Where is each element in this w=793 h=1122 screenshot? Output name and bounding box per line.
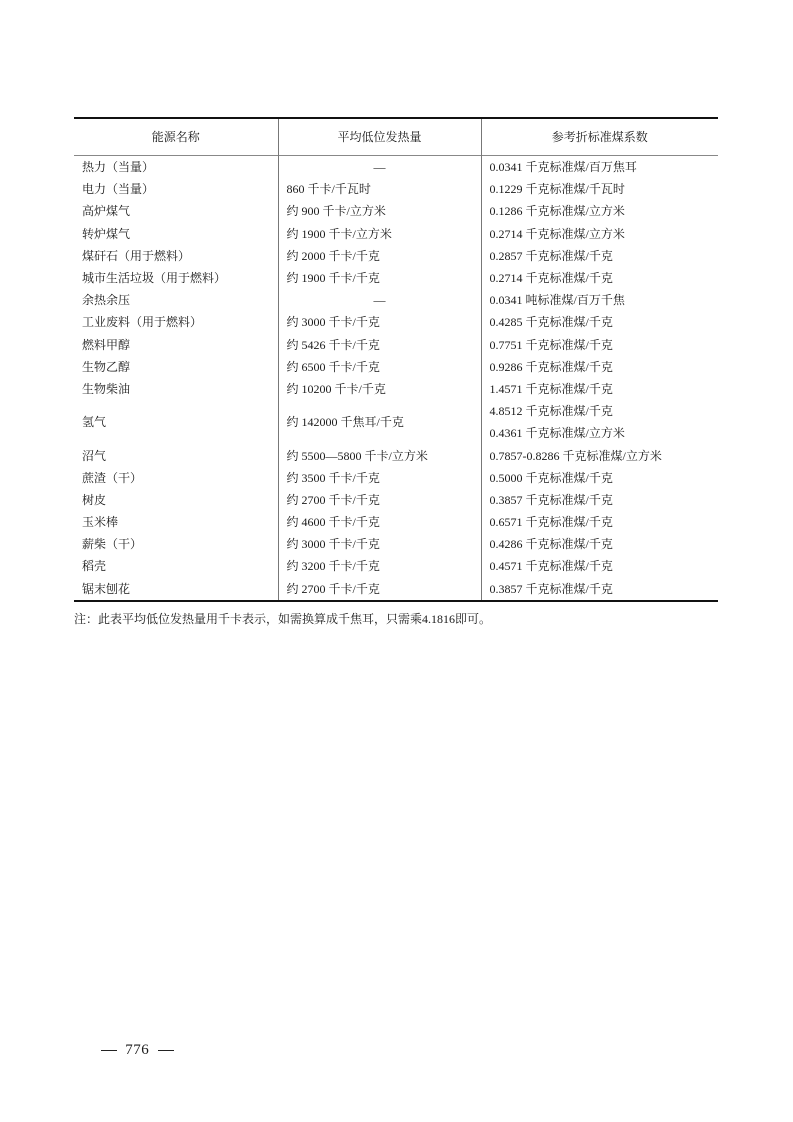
table-row: 沼气约 5500—5800 千卡/立方米0.7857-0.8286 千克标准煤/… (74, 444, 718, 466)
energy-name-cell: 燃料甲醇 (74, 334, 278, 356)
energy-name-cell: 树皮 (74, 489, 278, 511)
energy-name-cell: 玉米棒 (74, 511, 278, 533)
coefficient-cell: 0.2714 千克标准煤/千克 (481, 267, 718, 289)
coefficient-cell: 1.4571 千克标准煤/千克 (481, 378, 718, 400)
coefficient-cell: 0.5000 千克标准煤/千克 (481, 467, 718, 489)
energy-conversion-table: 能源名称 平均低位发热量 参考折标准煤系数 热力（当量）—0.0341 千克标准… (74, 117, 718, 602)
table-row: 生物乙醇约 6500 千卡/千克0.9286 千克标准煤/千克 (74, 356, 718, 378)
heat-value-cell: 约 2700 千卡/千克 (278, 578, 481, 601)
coefficient-cell: 0.2857 千克标准煤/千克 (481, 245, 718, 267)
heat-value-cell: 约 142000 千焦耳/千克 (278, 400, 481, 444)
coefficient-line: 4.8512 千克标准煤/千克 (490, 400, 719, 422)
document-page: 能源名称 平均低位发热量 参考折标准煤系数 热力（当量）—0.0341 千克标准… (0, 0, 793, 1122)
energy-name-cell: 电力（当量） (74, 178, 278, 200)
coefficient-cell: 0.7857-0.8286 千克标准煤/立方米 (481, 444, 718, 466)
energy-name-cell: 沼气 (74, 444, 278, 466)
coefficient-cell: 0.2714 千克标准煤/立方米 (481, 223, 718, 245)
energy-name-cell: 锯末刨花 (74, 578, 278, 601)
table-row: 生物柴油约 10200 千卡/千克1.4571 千克标准煤/千克 (74, 378, 718, 400)
table-row: 城市生活垃圾（用于燃料）约 1900 千卡/千克0.2714 千克标准煤/千克 (74, 267, 718, 289)
header-standard-coal-coefficient: 参考折标准煤系数 (481, 118, 718, 156)
heat-value-cell: 约 5500—5800 千卡/立方米 (278, 444, 481, 466)
table-row: 薪柴（干）约 3000 千卡/千克0.4286 千克标准煤/千克 (74, 533, 718, 555)
energy-name-cell: 热力（当量） (74, 156, 278, 179)
heat-value-cell: 约 2000 千卡/千克 (278, 245, 481, 267)
table-row: 高炉煤气约 900 千卡/立方米0.1286 千克标准煤/立方米 (74, 200, 718, 222)
coefficient-cell: 0.7751 千克标准煤/千克 (481, 334, 718, 356)
page-number-dash-right (158, 1050, 174, 1051)
heat-value-cell: 860 千卡/千瓦时 (278, 178, 481, 200)
table-row: 氢气约 142000 千焦耳/千克4.8512 千克标准煤/千克0.4361 千… (74, 400, 718, 444)
heat-value-cell: 约 2700 千卡/千克 (278, 489, 481, 511)
table-row: 蔗渣（干）约 3500 千卡/千克0.5000 千克标准煤/千克 (74, 467, 718, 489)
energy-name-cell: 余热余压 (74, 289, 278, 311)
header-energy-name: 能源名称 (74, 118, 278, 156)
energy-name-cell: 工业废料（用于燃料） (74, 311, 278, 333)
coefficient-cell: 4.8512 千克标准煤/千克0.4361 千克标准煤/立方米 (481, 400, 718, 444)
energy-name-cell: 煤矸石（用于燃料） (74, 245, 278, 267)
coefficient-cell: 0.1229 千克标准煤/千瓦时 (481, 178, 718, 200)
table-row: 锯末刨花约 2700 千卡/千克0.3857 千克标准煤/千克 (74, 578, 718, 601)
energy-name-cell: 城市生活垃圾（用于燃料） (74, 267, 278, 289)
heat-value-cell: — (278, 156, 481, 179)
energy-name-cell: 氢气 (74, 400, 278, 444)
table-header: 能源名称 平均低位发热量 参考折标准煤系数 (74, 118, 718, 156)
header-average-low-heat-value: 平均低位发热量 (278, 118, 481, 156)
table-row: 玉米棒约 4600 千卡/千克0.6571 千克标准煤/千克 (74, 511, 718, 533)
header-row: 能源名称 平均低位发热量 参考折标准煤系数 (74, 118, 718, 156)
coefficient-cell: 0.4571 千克标准煤/千克 (481, 555, 718, 577)
table-body: 热力（当量）—0.0341 千克标准煤/百万焦耳电力（当量）860 千卡/千瓦时… (74, 156, 718, 601)
heat-value-cell: 约 3500 千卡/千克 (278, 467, 481, 489)
coefficient-cell: 0.4285 千克标准煤/千克 (481, 311, 718, 333)
heat-value-cell: 约 1900 千卡/千克 (278, 267, 481, 289)
heat-value-cell: 约 3000 千卡/千克 (278, 311, 481, 333)
coefficient-cell: 0.1286 千克标准煤/立方米 (481, 200, 718, 222)
table-footnote: 注：此表平均低位发热量用千卡表示，如需换算成千焦耳，只需乘4.1816即可。 (74, 610, 491, 627)
table-row: 电力（当量）860 千卡/千瓦时0.1229 千克标准煤/千瓦时 (74, 178, 718, 200)
table-row: 稻壳约 3200 千卡/千克0.4571 千克标准煤/千克 (74, 555, 718, 577)
table-row: 煤矸石（用于燃料）约 2000 千卡/千克0.2857 千克标准煤/千克 (74, 245, 718, 267)
energy-name-cell: 高炉煤气 (74, 200, 278, 222)
table-row: 树皮约 2700 千卡/千克0.3857 千克标准煤/千克 (74, 489, 718, 511)
energy-name-cell: 稻壳 (74, 555, 278, 577)
table-row: 余热余压—0.0341 吨标准煤/百万千焦 (74, 289, 718, 311)
coefficient-cell: 0.3857 千克标准煤/千克 (481, 489, 718, 511)
coefficient-cell: 0.4286 千克标准煤/千克 (481, 533, 718, 555)
table-row: 转炉煤气约 1900 千卡/立方米0.2714 千克标准煤/立方米 (74, 223, 718, 245)
heat-value-cell: 约 4600 千卡/千克 (278, 511, 481, 533)
heat-value-cell: 约 10200 千卡/千克 (278, 378, 481, 400)
coefficient-line: 0.4361 千克标准煤/立方米 (490, 422, 719, 444)
heat-value-cell: 约 900 千卡/立方米 (278, 200, 481, 222)
heat-value-cell: 约 1900 千卡/立方米 (278, 223, 481, 245)
coefficient-cell: 0.9286 千克标准煤/千克 (481, 356, 718, 378)
energy-name-cell: 转炉煤气 (74, 223, 278, 245)
energy-conversion-table-container: 能源名称 平均低位发热量 参考折标准煤系数 热力（当量）—0.0341 千克标准… (74, 117, 718, 602)
heat-value-cell: 约 5426 千卡/千克 (278, 334, 481, 356)
page-number-dash-left (101, 1050, 117, 1051)
coefficient-cell: 0.6571 千克标准煤/千克 (481, 511, 718, 533)
energy-name-cell: 薪柴（干） (74, 533, 278, 555)
energy-name-cell: 蔗渣（干） (74, 467, 278, 489)
page-number-footer: 776 (97, 1042, 178, 1059)
heat-value-cell: 约 3000 千卡/千克 (278, 533, 481, 555)
coefficient-cell: 0.0341 吨标准煤/百万千焦 (481, 289, 718, 311)
table-row: 热力（当量）—0.0341 千克标准煤/百万焦耳 (74, 156, 718, 179)
energy-name-cell: 生物乙醇 (74, 356, 278, 378)
heat-value-cell: 约 3200 千卡/千克 (278, 555, 481, 577)
page-number: 776 (125, 1042, 149, 1058)
heat-value-cell: 约 6500 千卡/千克 (278, 356, 481, 378)
coefficient-cell: 0.0341 千克标准煤/百万焦耳 (481, 156, 718, 179)
energy-name-cell: 生物柴油 (74, 378, 278, 400)
table-row: 燃料甲醇约 5426 千卡/千克0.7751 千克标准煤/千克 (74, 334, 718, 356)
heat-value-cell: — (278, 289, 481, 311)
coefficient-cell: 0.3857 千克标准煤/千克 (481, 578, 718, 601)
table-row: 工业废料（用于燃料）约 3000 千卡/千克0.4285 千克标准煤/千克 (74, 311, 718, 333)
